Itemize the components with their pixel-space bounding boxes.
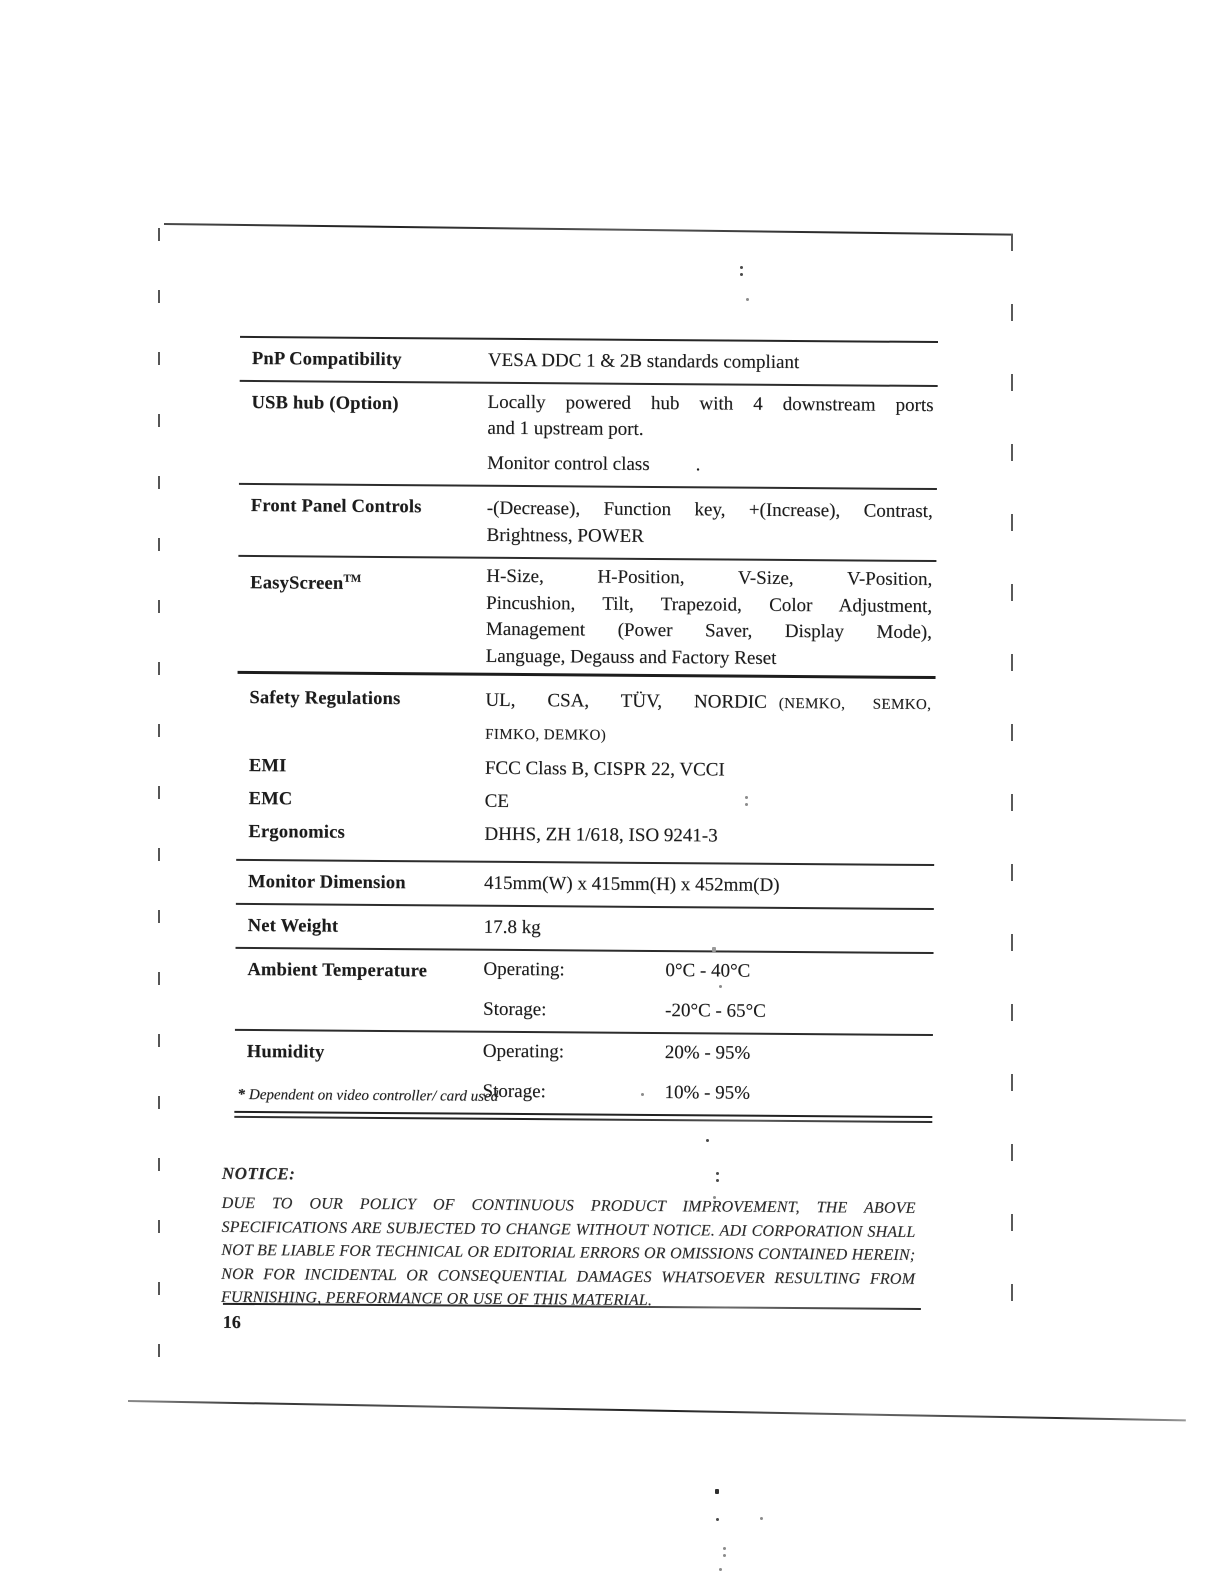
value-line: Monitor control class. bbox=[487, 451, 933, 480]
value-text: UL, CSA, TÜV, NORDIC bbox=[485, 690, 767, 713]
row-label: Safety Regulations bbox=[237, 682, 485, 752]
value-line: 17.8 kg bbox=[484, 915, 930, 944]
row-label: EMI bbox=[237, 750, 485, 785]
spec-row-pnp: PnP Compatibility VESA DDC 1 & 2B standa… bbox=[240, 338, 938, 387]
subentry-name: Operating: bbox=[483, 1039, 665, 1066]
row-value: Operating: 0°C - 40°C Storage: -20°C - 6… bbox=[483, 951, 934, 1034]
row-value: VESA DDC 1 & 2B standards compliant bbox=[488, 340, 938, 385]
scan-speck bbox=[719, 1568, 722, 1571]
spec-row-front-panel: Front Panel Controls -(Decrease), Functi… bbox=[238, 485, 937, 562]
value-line: and 1 upstream port. bbox=[487, 416, 933, 445]
subentry-value: 20% - 95% bbox=[665, 1040, 933, 1068]
scan-speck bbox=[715, 1489, 719, 1494]
row-value: -(Decrease), Function key, +(Increase), … bbox=[486, 487, 937, 560]
scan-speck bbox=[760, 1517, 763, 1520]
subentry-name: Storage: bbox=[483, 997, 665, 1024]
page-number: 16 bbox=[223, 1312, 241, 1333]
scan-speck bbox=[641, 1093, 644, 1096]
value-line: Management (Power Saver, Display Mode), bbox=[486, 617, 932, 647]
value-line: Brightness, POWER bbox=[486, 522, 932, 552]
subentry-value: 10% - 95% bbox=[664, 1080, 932, 1108]
value-line: FIMKO, DEMKO) bbox=[485, 719, 931, 755]
scan-speck bbox=[723, 1547, 726, 1550]
spec-subentry: Storage: -20°C - 65°C bbox=[483, 997, 933, 1026]
value-text-small: (NEMKO, SEMKO, bbox=[779, 696, 932, 713]
spec-subentry: Operating: 0°C - 40°C bbox=[483, 957, 933, 986]
spec-subrow-safety: Safety Regulations UL, CSA, TÜV, NORDIC(… bbox=[237, 682, 935, 755]
scan-speck bbox=[706, 1139, 709, 1142]
row-value: FCC Class B, CISPR 22, VCCI bbox=[485, 752, 935, 788]
spec-row-easyscreen: EasyScreenTM H-Size, H-Position, V-Size,… bbox=[238, 557, 937, 679]
stray-period: . bbox=[696, 452, 701, 478]
value-line: -(Decrease), Function key, +(Increase), … bbox=[487, 495, 933, 525]
row-label: Monitor Dimension bbox=[236, 861, 484, 905]
row-label: Ambient Temperature bbox=[235, 949, 484, 1031]
spec-subrow-emi: EMI FCC Class B, CISPR 22, VCCI bbox=[237, 750, 935, 788]
notice-section: NOTICE: DUE TO OUR POLICY OF CONTINUOUS … bbox=[221, 1164, 916, 1315]
spec-row-humidity: Humidity Operating: 20% - 95% Storage: 1… bbox=[234, 1031, 933, 1118]
page-content: PnP Compatibility VESA DDC 1 & 2B standa… bbox=[0, 0, 1221, 1584]
row-value: H-Size, H-Position, V-Size, V-Position, … bbox=[486, 559, 937, 676]
row-value: Operating: 20% - 95% Storage: 10% - 95% bbox=[482, 1033, 933, 1116]
scan-speck bbox=[746, 298, 749, 301]
value-text: Monitor control class bbox=[487, 453, 650, 475]
spec-row-regulatory-group: Safety Regulations UL, CSA, TÜV, NORDIC(… bbox=[236, 674, 935, 866]
notice-body: DUE TO OUR POLICY OF CONTINUOUS PRODUCT … bbox=[221, 1192, 916, 1315]
scan-speck bbox=[712, 947, 716, 952]
spec-table: PnP Compatibility VESA DDC 1 & 2B standa… bbox=[234, 336, 938, 1123]
footnote-text: Dependent on video controller/ card used bbox=[249, 1087, 498, 1105]
spec-subentry: Operating: 20% - 95% bbox=[483, 1039, 933, 1068]
subentry-name: Operating: bbox=[483, 957, 665, 984]
value-line: Language, Degauss and Factory Reset bbox=[486, 643, 932, 673]
subentry-value: -20°C - 65°C bbox=[665, 998, 933, 1026]
spec-subentry: Storage: 10% - 95% bbox=[482, 1079, 932, 1108]
subentry-value: 0°C - 40°C bbox=[665, 958, 933, 986]
spec-subrow-emc: EMC CE bbox=[237, 783, 935, 821]
row-label: Front Panel Controls bbox=[238, 485, 487, 557]
row-value: CE bbox=[485, 785, 935, 821]
row-value: DHHS, ZH 1/618, ISO 9241-3 bbox=[484, 818, 934, 854]
label-text: EasyScreen bbox=[250, 573, 343, 594]
row-label: EMC bbox=[237, 783, 485, 818]
row-label: EasyScreenTM bbox=[238, 557, 487, 673]
scan-speck bbox=[740, 266, 743, 269]
spec-row-net-weight: Net Weight 17.8 kg bbox=[236, 905, 934, 954]
footnote-marker: * bbox=[237, 1087, 245, 1103]
row-label: PnP Compatibility bbox=[240, 338, 488, 382]
scan-speck bbox=[745, 796, 748, 799]
scan-speck bbox=[713, 1196, 716, 1199]
notice-heading: NOTICE: bbox=[222, 1164, 916, 1189]
scan-speck bbox=[716, 1518, 719, 1521]
value-line: H-Size, H-Position, V-Size, V-Position, bbox=[486, 564, 932, 594]
scanned-manual-page: PnP Compatibility VESA DDC 1 & 2B standa… bbox=[0, 0, 1221, 1584]
row-label: Ergonomics bbox=[236, 816, 484, 851]
trademark-superscript: TM bbox=[343, 573, 361, 585]
value-line: VESA DDC 1 & 2B standards compliant bbox=[488, 348, 934, 377]
row-value: 415mm(W) x 415mm(H) x 452mm(D) bbox=[484, 863, 934, 908]
row-label: Net Weight bbox=[236, 905, 484, 949]
spec-subrow-ergonomics: Ergonomics DHHS, ZH 1/618, ISO 9241-3 bbox=[236, 816, 934, 854]
row-value: Locally powered hub with 4 downstream po… bbox=[487, 384, 938, 488]
row-value: UL, CSA, TÜV, NORDIC(NEMKO, SEMKO, FIMKO… bbox=[485, 684, 935, 755]
row-label: USB hub (Option) bbox=[239, 382, 488, 485]
value-line: Pincushion, Tilt, Trapezoid, Color Adjus… bbox=[486, 590, 932, 620]
scan-speck bbox=[716, 1172, 719, 1175]
spec-row-dimension: Monitor Dimension 415mm(W) x 415mm(H) x … bbox=[236, 861, 934, 910]
value-line: Locally powered hub with 4 downstream po… bbox=[487, 390, 933, 419]
value-line: UL, CSA, TÜV, NORDIC(NEMKO, SEMKO, bbox=[485, 684, 931, 722]
scan-speck bbox=[719, 985, 722, 988]
footnote: *Dependent on video controller/ card use… bbox=[237, 1087, 498, 1106]
row-value: 17.8 kg bbox=[484, 907, 934, 952]
spec-row-usb-hub: USB hub (Option) Locally powered hub wit… bbox=[239, 382, 938, 490]
value-line: 415mm(W) x 415mm(H) x 452mm(D) bbox=[484, 871, 930, 900]
subentry-name: Storage: bbox=[482, 1079, 664, 1106]
spec-row-ambient-temperature: Ambient Temperature Operating: 0°C - 40°… bbox=[235, 949, 934, 1036]
